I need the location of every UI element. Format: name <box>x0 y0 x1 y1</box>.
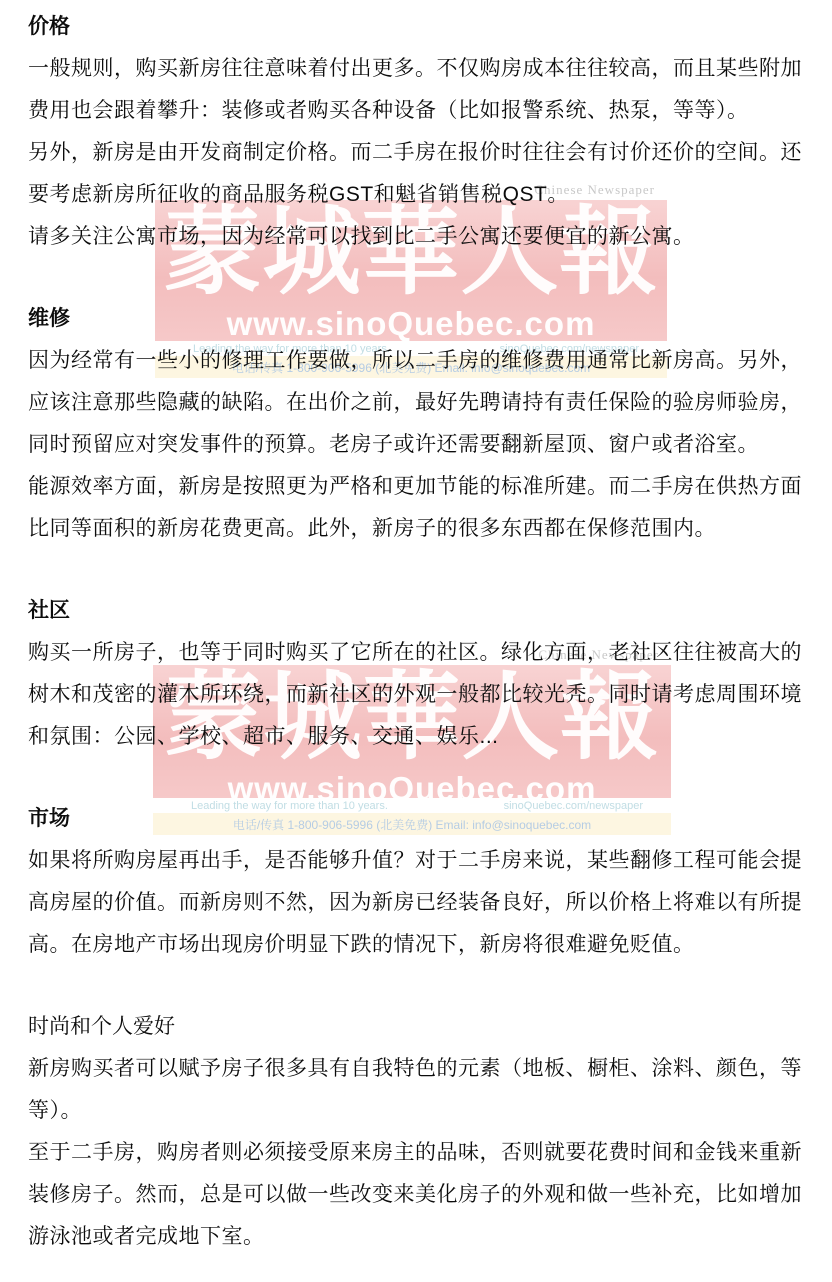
paragraph: 一般规则，购买新房往往意味着付出更多。不仅购房成本往往较高，而且某些附加费用也会… <box>28 48 808 132</box>
section-heading: 时尚和个人爱好 <box>28 1006 808 1048</box>
section-heading: 社区 <box>28 590 808 632</box>
section-heading: 市场 <box>28 798 808 840</box>
section-community: 社区 购买一所房子，也等于同时购买了它所在的社区。绿化方面，老社区往往被高大的树… <box>28 590 808 758</box>
paragraph: 至于二手房，购房者则必须接受原来房主的品味，否则就要花费时间和金钱来重新装修房子… <box>28 1132 808 1258</box>
paragraph: 能源效率方面，新房是按照更为严格和更加节能的标准所建。而二手房在供热方面比同等面… <box>28 466 808 550</box>
section-style-preferences: 时尚和个人爱好 新房购买者可以赋予房子很多具有自我特色的元素（地板、橱柜、涂料、… <box>28 1006 808 1258</box>
paragraph: 新房购买者可以赋予房子很多具有自我特色的元素（地板、橱柜、涂料、颜色，等等）。 <box>28 1048 808 1132</box>
paragraph: 请多关注公寓市场，因为经常可以找到比二手公寓还要便宜的新公寓。 <box>28 216 808 258</box>
section-heading: 价格 <box>28 6 808 48</box>
paragraph: 如果将所购房屋再出手，是否能够升值？对于二手房来说，某些翻修工程可能会提高房屋的… <box>28 840 808 966</box>
section-market: 市场 如果将所购房屋再出手，是否能够升值？对于二手房来说，某些翻修工程可能会提高… <box>28 798 808 966</box>
section-price: 价格 一般规则，购买新房往往意味着付出更多。不仅购房成本往往较高，而且某些附加费… <box>28 6 808 258</box>
section-heading: 维修 <box>28 298 808 340</box>
paragraph: 因为经常有一些小的修理工作要做，所以二手房的维修费用通常比新房高。另外，应该注意… <box>28 340 808 466</box>
paragraph: 购买一所房子，也等于同时购买了它所在的社区。绿化方面，老社区往往被高大的树木和茂… <box>28 632 808 758</box>
article-body: 价格 一般规则，购买新房往往意味着付出更多。不仅购房成本往往较高，而且某些附加费… <box>0 0 832 1258</box>
section-maintenance: 维修 因为经常有一些小的修理工作要做，所以二手房的维修费用通常比新房高。另外，应… <box>28 298 808 550</box>
paragraph: 另外，新房是由开发商制定价格。而二手房在报价时往往会有讨价还价的空间。还要考虑新… <box>28 132 808 216</box>
